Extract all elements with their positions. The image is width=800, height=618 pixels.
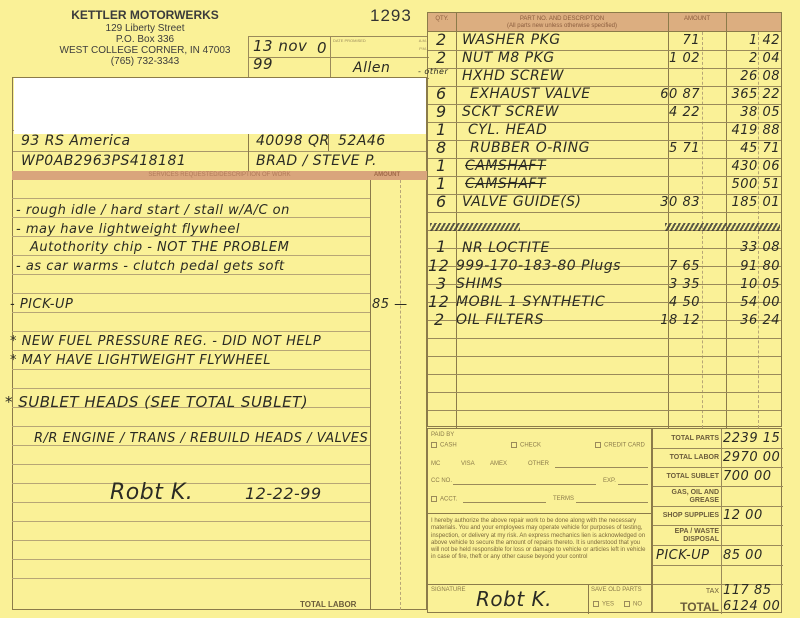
visa-label: VISA [461, 461, 475, 467]
part-total: 365 22 [720, 87, 780, 102]
date-promised-label: DATE PROMISED [333, 38, 366, 43]
epa-row: EPA / WASTE DISPOSAL [653, 526, 783, 546]
part-unit-price: 3 35 [655, 277, 700, 292]
work-line-4: - as car warms - clutch pedal gets soft [16, 259, 285, 274]
part-total: 1 42 [720, 33, 780, 48]
part-desc: 999-170-183-80 Plugs [456, 258, 621, 274]
part-total: 419 88 [720, 123, 780, 138]
part-unit-price: 71 [668, 33, 700, 48]
shop-city: WEST COLLEGE CORNER, IN 47003 [40, 45, 250, 56]
part-unit-price: 30 83 [655, 195, 700, 210]
amex-label: AMEX [490, 461, 507, 467]
customer-order-cell [249, 58, 331, 79]
part-qty: 1 [436, 237, 447, 256]
written-by-value: Allen [353, 60, 390, 76]
part-qty: 1 [436, 174, 447, 193]
total-parts-row: TOTAL PARTS 2239 15 [653, 429, 783, 449]
scribble-mark [430, 223, 520, 231]
tax-row: TAX 117 85 [653, 585, 783, 599]
part-unit-price: 7 65 [655, 259, 700, 274]
date-promised-cell: DATE PROMISED A.M. P.M. [331, 37, 429, 58]
cash-checkbox[interactable] [431, 442, 437, 448]
part-qty: 8 [436, 138, 447, 157]
save-parts-no[interactable]: NO [624, 601, 642, 608]
desc-header-main: PART NO. AND DESCRIPTION [456, 16, 668, 23]
grand-total-label: TOTAL [653, 601, 719, 613]
written-by-cell: Allen [331, 58, 429, 79]
part-total: 36 24 [720, 313, 780, 328]
check-label: CHECK [520, 443, 541, 449]
acct-option[interactable]: ACCT. [431, 496, 457, 503]
services-header: SERVICES REQUESTED/DESCRIPTION OF WORK [12, 171, 427, 180]
exp-label: EXP. [603, 478, 616, 484]
shop-phone: (765) 732-3343 [40, 56, 250, 67]
part-side-note: - other [418, 67, 448, 76]
total-labor-row: TOTAL LABOR 2970 00 [653, 449, 783, 468]
work-line-5: - PICK-UP [10, 297, 73, 312]
authorization-text: I hereby authorize the above repair work… [431, 518, 649, 562]
part-total: 38 05 [720, 105, 780, 120]
part-total: 430 06 [720, 159, 780, 174]
total-sublet-row: TOTAL SUBLET 700 00 [653, 468, 783, 487]
part-desc: SHIMS [456, 276, 503, 292]
shop-name: KETTLER MOTORWERKS [40, 10, 250, 21]
signature-date: 12-22-99 [245, 484, 322, 503]
total-labor-label: TOTAL LABOR [653, 454, 719, 462]
terms-label: TERMS [553, 496, 574, 502]
part-desc: HXHD SCREW [462, 68, 564, 84]
epa-label: EPA / WASTE DISPOSAL [653, 528, 719, 544]
part-desc: VALVE GUIDE(S) [462, 194, 582, 210]
date-box: 13 nov 99 0 DATE PROMISED A.M. P.M. Alle… [248, 36, 428, 78]
desc-header: PART NO. AND DESCRIPTION (All parts new … [456, 13, 668, 32]
part-desc: CYL. HEAD [468, 122, 547, 138]
part-total: 10 05 [720, 277, 780, 292]
amount-header: AMOUNT [668, 13, 726, 32]
part-total: 33 08 [720, 240, 780, 255]
gas-oil-row: GAS, OIL AND GREASE [653, 487, 783, 507]
part-qty: 12 [428, 292, 449, 311]
shop-po-box: P.O. Box 336 [40, 34, 250, 45]
part-unit-price: 4 22 [655, 105, 700, 120]
shop-supplies-label: SHOP SUPPLIES [653, 512, 719, 520]
am-label: A.M. [419, 38, 427, 43]
terms-line [576, 502, 648, 503]
cc-no-line [453, 484, 596, 485]
part-total: 500 51 [720, 177, 780, 192]
vehicle-mileage: 40098 QR [256, 133, 330, 149]
other-line [555, 467, 648, 468]
part-unit-price: 18 12 [655, 313, 700, 328]
part-desc: CAMSHAFT [465, 176, 546, 192]
part-qty: 2 [436, 48, 447, 67]
yes-checkbox[interactable] [593, 601, 599, 607]
grand-total-value: 6124 00 [723, 599, 780, 614]
part-total: 45 71 [720, 141, 780, 156]
pm-label: P.M. [419, 46, 427, 51]
part-desc: RUBBER O-RING [470, 140, 590, 156]
shop-supplies-value: 12 00 [723, 508, 763, 523]
part-unit-price: 4 50 [655, 295, 700, 310]
repair-order-number: 1293 [370, 6, 412, 26]
part-desc: OIL FILTERS [456, 312, 544, 328]
vehicle-license: 52A46 [338, 133, 386, 149]
part-total: 185 01 [720, 195, 780, 210]
acct-checkbox[interactable] [431, 496, 437, 502]
acct-line [463, 502, 546, 503]
total-parts-value: 2239 15 [723, 431, 780, 446]
credit-card-option[interactable]: CREDIT CARD [595, 442, 645, 449]
total-labor-value: 2970 00 [723, 450, 780, 465]
vehicle-description: 93 RS America [21, 133, 131, 149]
part-total: 26 08 [720, 69, 780, 84]
cc-no-label: CC NO. [431, 478, 452, 484]
part-desc: NR LOCTITE [462, 240, 550, 256]
total-sublet-value: 700 00 [723, 469, 772, 484]
part-qty: 2 [436, 30, 447, 49]
work-line-1: - rough idle / hard start / stall w/A/C … [16, 203, 290, 218]
part-qty: 12 [428, 256, 449, 275]
part-total: 91 80 [720, 259, 780, 274]
work-line-9: R/R ENGINE / TRANS / REBUILD HEADS / VAL… [34, 431, 368, 446]
part-desc: NUT M8 PKG [462, 50, 555, 66]
part-qty: 3 [436, 274, 447, 293]
total-sublet-label: TOTAL SUBLET [653, 473, 719, 481]
part-unit-price: 60 87 [655, 87, 700, 102]
part-qty: 2 [434, 310, 445, 329]
credit-card-label: CREDIT CARD [604, 443, 645, 449]
signature-label: SIGNATURE [431, 587, 466, 593]
part-unit-price: 5 71 [655, 141, 700, 156]
date-extra: 0 [317, 39, 327, 57]
tax-label: TAX [653, 588, 719, 596]
work-line-2: - may have lightweight flywheel [16, 222, 240, 237]
desc-header-sub: (All parts new unless otherwise specifie… [456, 23, 668, 30]
part-qty: 1 [436, 120, 447, 139]
part-qty: 6 [436, 192, 447, 211]
scribble-mark [665, 223, 780, 231]
part-desc: MOBIL 1 SYNTHETIC [456, 294, 605, 310]
customer-signature: Robt K. [110, 480, 193, 505]
pickup-value: 85 00 [723, 548, 763, 563]
part-desc: EXHAUST VALVE [470, 86, 591, 102]
services-amount-header: AMOUNT [367, 171, 407, 180]
grand-total-row: TOTAL 6124 00 [653, 599, 783, 614]
date-cell: 13 nov 99 0 [249, 37, 331, 58]
redacted-customer-info [14, 78, 426, 134]
yes-label: YES [602, 602, 614, 608]
no-checkbox[interactable] [624, 601, 630, 607]
other-label: OTHER [528, 461, 549, 467]
part-desc: SCKT SCREW [462, 104, 559, 120]
total-parts-label: TOTAL PARTS [653, 435, 719, 443]
paid-by-label: PAID BY [431, 432, 454, 438]
part-unit-price: 1 02 [668, 51, 700, 66]
part-qty: 9 [436, 102, 447, 121]
total-labor-label: TOTAL LABOR [300, 600, 356, 609]
acct-label: ACCT. [440, 497, 457, 503]
mechanic-names: BRAD / STEVE P. [256, 153, 377, 169]
totals-section: TOTAL PARTS 2239 15 TOTAL LABOR 2970 00 … [652, 428, 782, 613]
gas-oil-label: GAS, OIL AND GREASE [653, 489, 719, 505]
check-option[interactable]: CHECK [511, 442, 541, 449]
no-label: NO [633, 602, 642, 608]
check-checkbox[interactable] [511, 442, 517, 448]
save-parts-yes[interactable]: YES [593, 601, 614, 608]
parts-header: QTY. PART NO. AND DESCRIPTION (All parts… [428, 13, 781, 32]
exp-line [618, 484, 648, 485]
shop-letterhead: KETTLER MOTORWERKS 129 Liberty Street P.… [40, 10, 250, 67]
part-total: 2 04 [720, 51, 780, 66]
work-line-3: Autothority chip - NOT THE PROBLEM [30, 240, 289, 255]
pickup-amount: 85 — [372, 297, 408, 312]
part-desc: CAMSHAFT [465, 158, 546, 174]
shop-street: 129 Liberty Street [40, 23, 250, 34]
payment-section: PAID BY CASH CHECK CREDIT CARD MC VISA A… [427, 428, 652, 613]
save-old-parts-label: SAVE OLD PARTS [591, 587, 642, 593]
part-total: 54 00 [720, 295, 780, 310]
credit-card-checkbox[interactable] [595, 442, 601, 448]
part-qty: 6 [436, 84, 447, 103]
mc-label: MC [431, 461, 440, 467]
work-line-8: * SUBLET HEADS (SEE TOTAL SUBLET) [5, 393, 308, 411]
work-line-7: * MAY HAVE LIGHTWEIGHT FLYWHEEL [10, 353, 271, 368]
cash-label: CASH [440, 443, 457, 449]
pickup-row: PICK-UP 85 00 [653, 546, 783, 566]
vehicle-vin: WP0AB2963PS418181 [21, 153, 186, 169]
part-desc: WASHER PKG [462, 32, 561, 48]
part-qty: 1 [436, 156, 447, 175]
work-line-6: * NEW FUEL PRESSURE REG. - DID NOT HELP [10, 334, 321, 349]
shop-supplies-row: SHOP SUPPLIES 12 00 [653, 507, 783, 526]
cash-option[interactable]: CASH [431, 442, 457, 449]
payment-signature: Robt K. [476, 587, 552, 611]
pickup-label: PICK-UP [656, 548, 710, 563]
tax-value: 117 85 [723, 583, 772, 598]
